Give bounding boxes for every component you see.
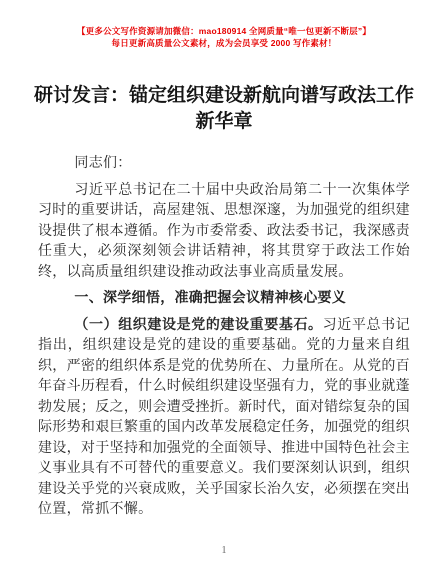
paragraph-intro: 习近平总书记在二十届中央政治局第二十一次集体学习时的重要讲话，高屋建瓴、思想深邃… xyxy=(38,181,410,284)
document-title: 研讨发言：锚定组织建设新航向谱写政法工作新华章 xyxy=(28,82,420,134)
watermark-line-1: 【更多公文写作资源请加微信：mao180914 全网质量“唯一包更新不断层”】 xyxy=(0,25,448,37)
salutation: 同志们： xyxy=(38,154,410,175)
paragraph-point-1-text: 习近平总书记指出，组织建设是党的建设的重要基础。党的力量来自组织，严密的组织体系… xyxy=(38,318,410,518)
watermark: 【更多公文写作资源请加微信：mao180914 全网质量“唯一包更新不断层”】 … xyxy=(0,0,448,49)
page-number: 1 xyxy=(0,545,448,556)
section-heading-1: 一、深学细悟，准确把握会议精神核心要义 xyxy=(38,289,410,310)
paragraph-point-1-lead: （一）组织建设是党的建设重要基石。 xyxy=(74,318,322,333)
paragraph-point-1: （一）组织建设是党的建设重要基石。习近平总书记指出，组织建设是党的建设的重要基础… xyxy=(38,316,410,521)
document-page: 【更多公文写作资源请加微信：mao180914 全网质量“唯一包更新不断层”】 … xyxy=(0,0,448,580)
document-body: 同志们： 习近平总书记在二十届中央政治局第二十一次集体学习时的重要讲话，高屋建瓴… xyxy=(0,148,448,520)
watermark-line-2: 每日更新高质量公文素材，成为会员享受 2000 写作素材！ xyxy=(0,37,448,49)
